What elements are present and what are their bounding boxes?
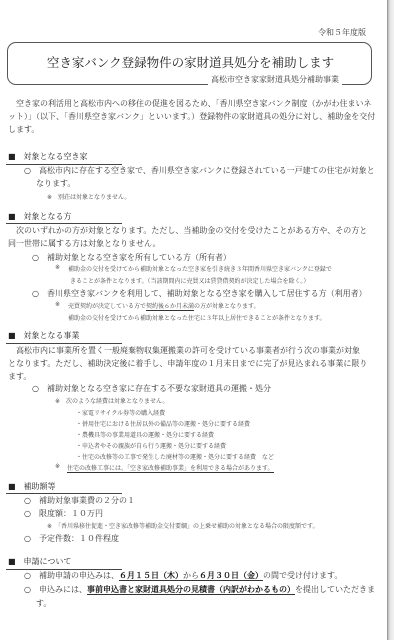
docs-post: を提出していただきま: [295, 585, 375, 594]
docs-required: 事前申込書と家財道具処分の見積書（内訳がわかるもの）: [87, 585, 295, 595]
period-pre: ○ 補助申請の申込みは、: [24, 571, 119, 580]
intro-line-2: ット）」（以下、「香川県空き家バンク」といいます。）登録物件の家財道具の処分に対…: [8, 110, 375, 123]
period-mid: から: [183, 571, 199, 581]
subsidy-limit-note: ※ 「香川県移住促進・空き家改修等補助金交付要綱」の上乗せ補助の対象となる場合の…: [47, 521, 319, 530]
edition-label: 令和５年度版: [318, 27, 366, 38]
target-project-item: ○ 補助対象となる空き家に存在する不要な家財道具の運搬・処分: [32, 382, 271, 395]
target-house-note: ※ 別荘は対象となりません。: [47, 192, 130, 201]
user-note-1-post: の方が対象となります。: [194, 303, 260, 310]
target-person-user: ○ 香川県空き家バンクを利用して、補助対象となる空き家を購入して居住する方（利用…: [32, 287, 367, 300]
target-house-item: ○ 高松市内に存在する空き家で、香川県空き家バンクに登録されている一戸建ての住宅…: [24, 164, 375, 177]
intro-line-3: します。: [8, 123, 39, 136]
document-page: 令和５年度版 空き家バンク登録物件の家財道具処分を補助します 高松市空き家家財道…: [0, 0, 388, 640]
application-period: ○ 補助申請の申込みは、６月１５日（木）から６月３０日（金）の間で受け付けます。: [24, 569, 342, 582]
target-person-desc-2: 同一世帯に属する方は対象となりません。: [8, 237, 160, 250]
owner-note-1: 補助金の交付を受けてから補助対象となった空き家を引き続き３年間香川県空き家バンク…: [68, 264, 332, 273]
docs-pre: ○ 申込みには、: [24, 585, 87, 594]
period-end-date: ６月３０日（金）: [199, 571, 263, 581]
target-project-desc-3: ます。: [8, 370, 31, 383]
intro-line-1: 空き家の利活用と高松市内への移住の促進を図るため、「香川県空き家バンク制度（かが…: [8, 97, 372, 110]
section-heading-subsidy: ■ 補助額等: [8, 481, 56, 492]
period-post: の間で受け付けます。: [263, 571, 342, 580]
exclusion-item: ・申込者やその親族が自ら行う運搬・処分に要する経費: [76, 441, 226, 450]
application-docs: ○ 申込みには、事前申込書と家財道具処分の見積書（内訳がわかるもの）を提出してい…: [24, 583, 375, 596]
section-heading-application: ■ 申請について: [8, 556, 71, 567]
subsidy-limit: ○ 限度額：１０万円: [24, 507, 103, 520]
subsidy-rate: ○ 補助対象事業費の２分の１: [24, 494, 135, 507]
section-heading-target-person: ■ 対象となる方: [8, 211, 72, 222]
owner-note-mark: ※: [55, 264, 60, 271]
owner-note-2: きることが条件となります。（当該期間内に売買又は賃貸借契約が決定した場合を除く。…: [70, 276, 309, 285]
target-person-desc-1: 次のいずれかの方が対象となります。ただし、当補助金の交付を受けたことがある方や、…: [8, 224, 367, 237]
exclusion-item: ・農機具等の事業用道具の運搬・処分に要する経費: [76, 430, 214, 439]
user-note-1-underlined: 契約後６か月未満: [146, 303, 194, 311]
application-docs-cont: す。: [36, 597, 51, 610]
exclusion-item: ・住宅の改修等の工事で発生した廃材等の運搬・処分に要する経費 など: [76, 452, 274, 461]
title-box: 空き家バンク登録物件の家財道具処分を補助します 高松市空き家家財道具処分補助事業: [7, 42, 372, 85]
target-project-desc-1: 高松市内に事業所を置く一般廃棄物収集運搬業の許可を受けている事業者が行う次の事業…: [8, 344, 360, 357]
user-note-1: 売買契約が決定している方で契約後６か月未満の方が対象となります。: [68, 301, 260, 310]
user-note-2: 補助金の交付を受けてから補助対象となった住宅に３年以上居住できることが条件となり…: [68, 313, 326, 322]
page-edge-scrollbar[interactable]: [387, 0, 394, 640]
renovation-note: 住宅の改修工事には、「空き家改修補助事業」を利用できる場合があります。: [67, 463, 274, 473]
user-note-mark: ※: [55, 301, 60, 308]
target-person-owner: ○ 補助対象となる空き家を所有している方（所有者）: [32, 251, 231, 264]
exclusion-item: ・併用住宅における住居以外の備品等の運搬・処分に要する経費: [76, 419, 250, 428]
user-note-1-pre: 売買契約が決定している方で: [68, 303, 146, 310]
target-project-desc-2: となります。ただし、補助決定後に着手し、申請年度の１月末日までに完了が見込まれる…: [8, 357, 367, 370]
exclusion-item: ・家電リサイクル券等の購入経費: [76, 408, 165, 417]
subsidy-count: ○ 予定件数：１０件程度: [24, 532, 119, 545]
page-title: 空き家バンク登録物件の家財道具処分を補助します: [8, 53, 373, 71]
period-start-date: ６月１５日（木）: [119, 571, 183, 581]
target-house-item-cont: なります。: [36, 177, 75, 190]
section-heading-target-project: ■ 対象となる事業: [8, 330, 80, 341]
section-heading-target-house: ■ 対象となる空き家: [8, 151, 88, 162]
exclusions-intro: ※ 次のような経費は対象となりません。: [55, 396, 168, 405]
page-subtitle: 高松市空き家家財道具処分補助事業: [208, 74, 342, 85]
renovation-note-mark: ※: [55, 463, 60, 470]
